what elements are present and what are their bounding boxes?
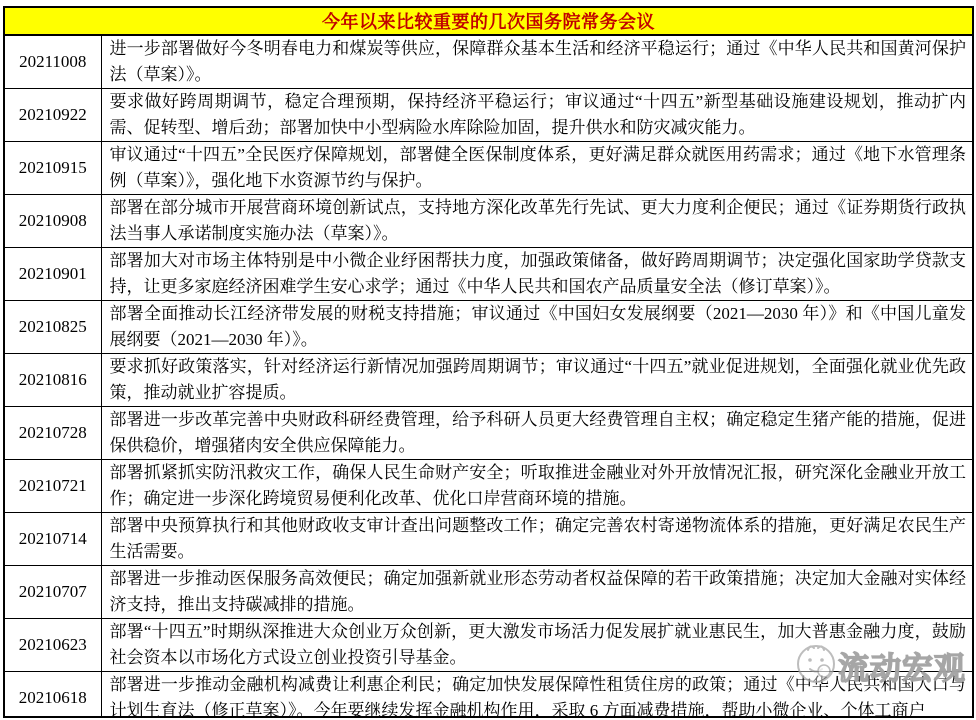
table-row: 20210825 部署全面推动长江经济带发展的财税支持措施；审议通过《中国妇女发… (5, 301, 972, 354)
date-cell: 20210816 (5, 354, 101, 407)
table-header-row: 今年以来比较重要的几次国务院常务会议 (5, 8, 972, 35)
date-cell: 20210908 (5, 195, 101, 248)
content-cell: 进一步部署做好今冬明春电力和煤炭等供应，保障群众基本生活和经济平稳运行；通过《中… (101, 35, 972, 89)
content-cell: 要求抓好政策落实，针对经济运行新情况加强跨周期调节；审议通过“十四五”就业促进规… (101, 354, 972, 407)
date-cell: 20210721 (5, 460, 101, 513)
content-cell: 部署进一步推动医保服务高效便民；确定加强新就业形态劳动者权益保障的若干政策措施；… (101, 566, 972, 619)
table-row: 20210618 部署进一步推动金融机构减费让利惠企利民；确定加快发展保障性租赁… (5, 672, 972, 719)
date-cell: 20210915 (5, 142, 101, 195)
date-cell: 20211008 (5, 35, 101, 89)
content-cell: 部署中央预算执行和其他财政收支审计查出问题整改工作；确定完善农村寄递物流体系的措… (101, 513, 972, 566)
content-cell: 审议通过“十四五”全民医疗保障规划，部署健全医保制度体系，更好满足群众就医用药需… (101, 142, 972, 195)
date-cell: 20210728 (5, 407, 101, 460)
content-cell: 部署抓紧抓实防汛救灾工作，确保人民生命财产安全；听取推进金融业对外开放情况汇报，… (101, 460, 972, 513)
date-cell: 20210901 (5, 248, 101, 301)
date-cell: 20210714 (5, 513, 101, 566)
content-cell: 部署全面推动长江经济带发展的财税支持措施；审议通过《中国妇女发展纲要（2021—… (101, 301, 972, 354)
table-row: 20211008 进一步部署做好今冬明春电力和煤炭等供应，保障群众基本生活和经济… (5, 35, 972, 89)
table-row: 20210915 审议通过“十四五”全民医疗保障规划，部署健全医保制度体系，更好… (5, 142, 972, 195)
content-cell: 部署加大对市场主体特别是中小微企业纾困帮扶力度，加强政策储备，做好跨周期调节；决… (101, 248, 972, 301)
date-cell: 20210623 (5, 619, 101, 672)
table-row: 20210922 要求做好跨周期调节，稳定合理预期，保持经济平稳运行；审议通过“… (5, 89, 972, 142)
table-title: 今年以来比较重要的几次国务院常务会议 (5, 8, 972, 35)
date-cell: 20210922 (5, 89, 101, 142)
content-cell: 部署进一步推动金融机构减费让利惠企利民；确定加快发展保障性租赁住房的政策；通过《… (101, 672, 972, 719)
content-cell: 要求做好跨周期调节，稳定合理预期，保持经济平稳运行；审议通过“十四五”新型基础设… (101, 89, 972, 142)
content-cell: 部署在部分城市开展营商环境创新试点，支持地方深化改革先行先试、更大力度利企便民；… (101, 195, 972, 248)
date-cell: 20210707 (5, 566, 101, 619)
content-cell: 部署进一步改革完善中央财政科研经费管理，给予科研人员更大经费管理自主权；确定稳定… (101, 407, 972, 460)
table-row: 20210707 部署进一步推动医保服务高效便民；确定加强新就业形态劳动者权益保… (5, 566, 972, 619)
content-cell: 部署“十四五”时期纵深推进大众创业万众创新，更大激发市场活力促发展扩就业惠民生，… (101, 619, 972, 672)
table-row: 20210721 部署抓紧抓实防汛救灾工作，确保人民生命财产安全；听取推进金融业… (5, 460, 972, 513)
meeting-table: 今年以来比较重要的几次国务院常务会议 20211008 进一步部署做好今冬明春电… (3, 6, 974, 718)
table-row: 20210623 部署“十四五”时期纵深推进大众创业万众创新，更大激发市场活力促… (5, 619, 972, 672)
table-row: 20210816 要求抓好政策落实，针对经济运行新情况加强跨周期调节；审议通过“… (5, 354, 972, 407)
meeting-table-grid: 今年以来比较重要的几次国务院常务会议 20211008 进一步部署做好今冬明春电… (5, 8, 972, 718)
date-cell: 20210618 (5, 672, 101, 719)
table-row: 20210714 部署中央预算执行和其他财政收支审计查出问题整改工作；确定完善农… (5, 513, 972, 566)
table-row: 20210728 部署进一步改革完善中央财政科研经费管理，给予科研人员更大经费管… (5, 407, 972, 460)
date-cell: 20210825 (5, 301, 101, 354)
table-row: 20210908 部署在部分城市开展营商环境创新试点，支持地方深化改革先行先试、… (5, 195, 972, 248)
table-row: 20210901 部署加大对市场主体特别是中小微企业纾困帮扶力度，加强政策储备，… (5, 248, 972, 301)
